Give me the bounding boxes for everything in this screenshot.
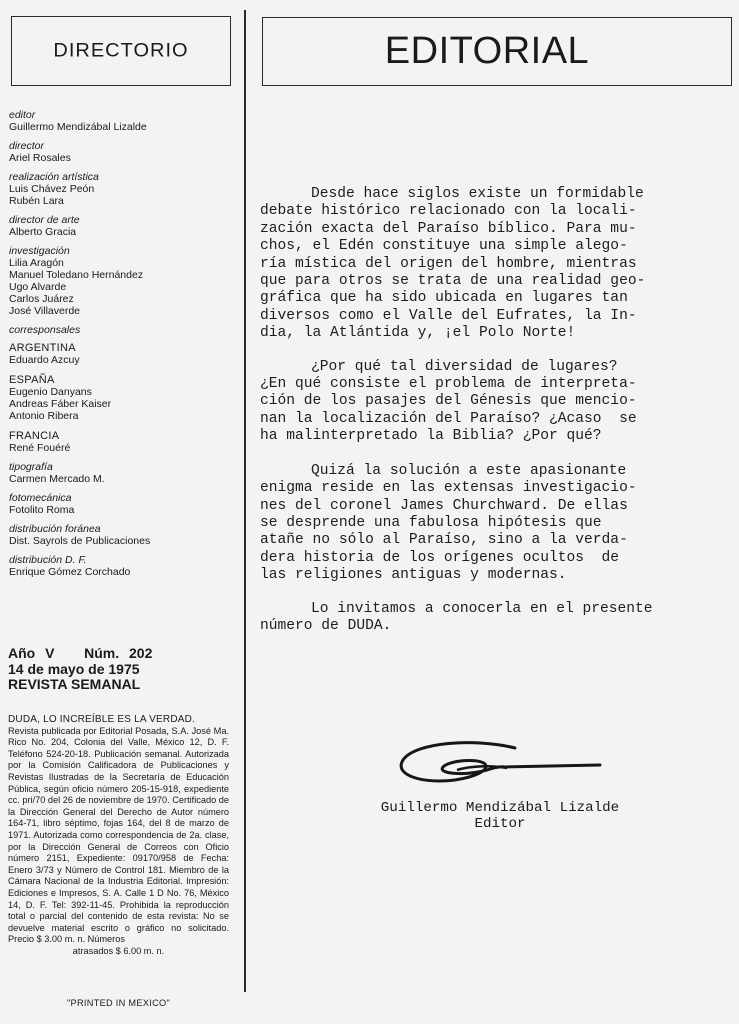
- editorial-line: nes del coronel James Churchward. De ell…: [260, 498, 720, 515]
- staff-name: Dist. Sayrols de Publicaciones: [9, 535, 239, 547]
- issue-info: Año V Núm. 202 14 de mayo de 1975 REVIST…: [8, 646, 152, 693]
- staff-name: Rubén Lara: [9, 195, 239, 207]
- editorial-line: que para otros se trata de una realidad …: [260, 273, 720, 290]
- legal-heading: DUDA, LO INCREÍBLE ES LA VERDAD.: [8, 714, 229, 726]
- correspondent-name: Antonio Ribera: [9, 410, 239, 422]
- editorial-body: Desde hace siglos existe un formidablede…: [260, 186, 720, 651]
- editorial-line: ción de los pasajes del Génesis que menc…: [260, 393, 720, 410]
- staff-role: director: [9, 140, 239, 152]
- legal-text: Revista publicada por Editorial Posada, …: [8, 726, 229, 946]
- editorial-line: ¿En qué consiste el problema de interpre…: [260, 376, 720, 393]
- correspondent-country: ESPAÑA: [9, 374, 239, 386]
- staff-name: Luis Chávez Peón: [9, 183, 239, 195]
- column-divider: [244, 10, 246, 992]
- editorial-line: Lo invitamos a conocerla en el presente: [260, 601, 720, 618]
- publication-frequency: REVISTA SEMANAL: [8, 677, 152, 693]
- legal-notice: DUDA, LO INCREÍBLE ES LA VERDAD. Revista…: [8, 714, 229, 957]
- editorial-line: ha malinterpretado la Biblia? ¿Por qué?: [260, 428, 720, 445]
- staff-name: Lilia Aragón: [9, 257, 239, 269]
- issue-date: 14 de mayo de 1975: [8, 662, 152, 678]
- staff-name: Ariel Rosales: [9, 152, 239, 164]
- staff-name: Alberto Gracia: [9, 226, 239, 238]
- editorial-line: ¿Por qué tal diversidad de lugares?: [260, 359, 720, 376]
- staff-name: Enrique Gómez Corchado: [9, 566, 239, 578]
- editorial-line: ría mística del origen del hombre, mient…: [260, 256, 720, 273]
- editorial-line: se desprende una fabulosa hipótesis que: [260, 515, 720, 532]
- staff-role: distribución foránea: [9, 523, 239, 535]
- editorial-line: número de DUDA.: [260, 618, 720, 635]
- correspondent-name: Eduardo Azcuy: [9, 354, 239, 366]
- editorial-paragraph: Quizá la solución a este apasionanteenig…: [260, 463, 720, 585]
- editorial-line: dera historia de los orígenes ocultos de: [260, 550, 720, 567]
- editorial-line: chos, el Edén constituye una simple aleg…: [260, 238, 720, 255]
- directory-header-box: DIRECTORIO: [11, 16, 231, 86]
- signature-role: Editor: [340, 816, 660, 832]
- editorial-line: las religiones antiguas y modernas.: [260, 567, 720, 584]
- editorial-paragraph: Desde hace siglos existe un formidablede…: [260, 186, 720, 343]
- editorial-line: Desde hace siglos existe un formidable: [260, 186, 720, 203]
- staff-name: Guillermo Mendizábal Lizalde: [9, 121, 239, 133]
- staff-directory: editorGuillermo Mendizábal Lizaldedirect…: [9, 109, 239, 578]
- issue-number: Año V Núm. 202: [8, 646, 152, 662]
- editorial-line: zación exacta del Paraíso bíblico. Para …: [260, 221, 720, 238]
- correspondent-name: René Fouéré: [9, 442, 239, 454]
- editorial-line: enigma reside en las extensas investigac…: [260, 480, 720, 497]
- editorial-line: atañe no sólo al Paraíso, sino a la verd…: [260, 532, 720, 549]
- editorial-line: Quizá la solución a este apasionante: [260, 463, 720, 480]
- staff-name: Fotolito Roma: [9, 504, 239, 516]
- editorial-header-box: EDITORIAL: [262, 17, 732, 86]
- staff-role: tipografía: [9, 461, 239, 473]
- editorial-line: debate histórico relacionado con la loca…: [260, 203, 720, 220]
- staff-role: distribución D. F.: [9, 554, 239, 566]
- editorial-line: dia, la Atlántida y, ¡el Polo Norte!: [260, 325, 720, 342]
- correspondent-name: Andreas Fáber Kaiser: [9, 398, 239, 410]
- editorial-paragraph: ¿Por qué tal diversidad de lugares?¿En q…: [260, 359, 720, 446]
- signature-name: Guillermo Mendizábal Lizalde: [340, 800, 660, 816]
- correspondent-country: FRANCIA: [9, 430, 239, 442]
- legal-text-last: atrasados $ 6.00 m. n.: [8, 946, 229, 958]
- editorial-line: nan la localización del Paraíso? ¿Acaso …: [260, 411, 720, 428]
- editorial-line: diversos como el Valle del Eufrates, la …: [260, 308, 720, 325]
- correspondent-name: Eugenio Danyans: [9, 386, 239, 398]
- printed-in-mexico: "PRINTED IN MEXICO": [8, 998, 229, 1008]
- correspondents-label: corresponsales: [9, 324, 239, 336]
- correspondent-country: ARGENTINA: [9, 342, 239, 354]
- editorial-line: gráfica que ha sido ubicada en lugares t…: [260, 290, 720, 307]
- editorial-title: EDITORIAL: [385, 30, 589, 73]
- directory-title: DIRECTORIO: [53, 40, 188, 62]
- staff-role: director de arte: [9, 214, 239, 226]
- editorial-paragraph: Lo invitamos a conocerla en el presenten…: [260, 601, 720, 636]
- staff-role: fotomecánica: [9, 492, 239, 504]
- staff-name: Ugo Alvarde: [9, 281, 239, 293]
- staff-role: realización artística: [9, 171, 239, 183]
- signature-icon: [395, 740, 605, 795]
- staff-role: editor: [9, 109, 239, 121]
- staff-role: investigación: [9, 245, 239, 257]
- staff-name: Carmen Mercado M.: [9, 473, 239, 485]
- staff-name: Manuel Toledano Hernández: [9, 269, 239, 281]
- staff-name: José Villaverde: [9, 305, 239, 317]
- staff-name: Carlos Juárez: [9, 293, 239, 305]
